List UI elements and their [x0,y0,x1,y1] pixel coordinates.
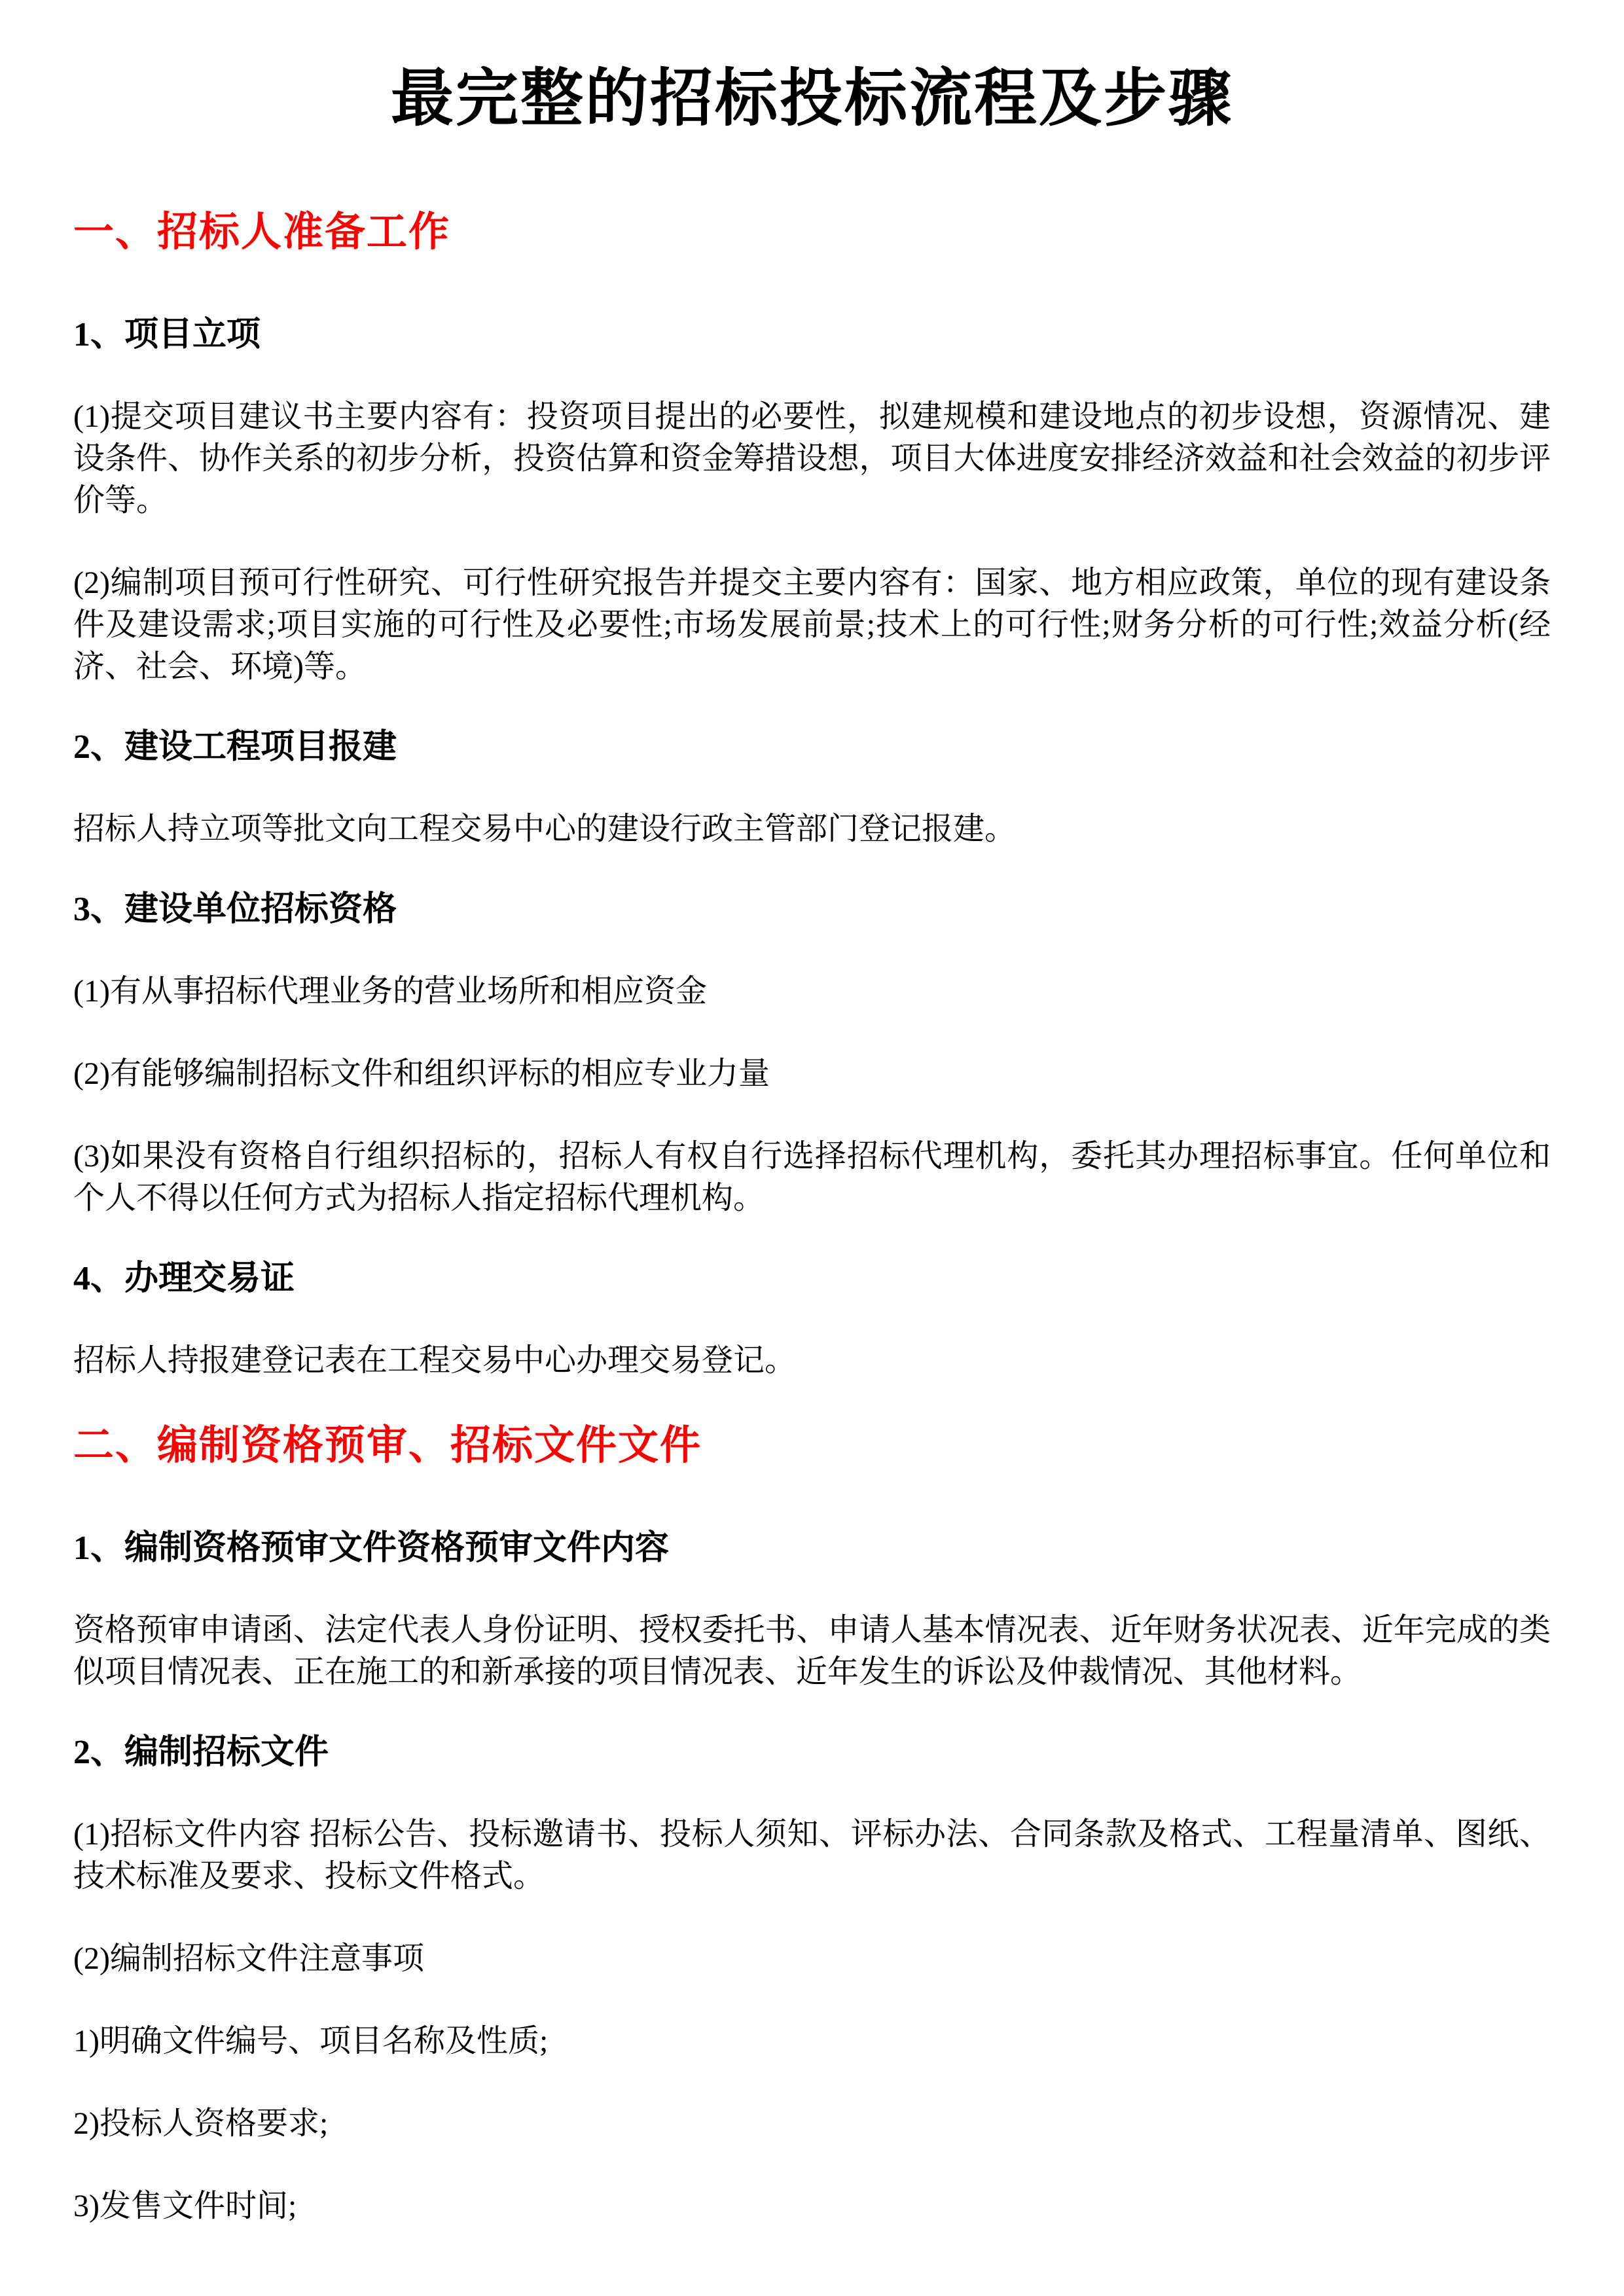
subsection-heading-1-4: 4、办理交易证 [73,1260,1551,1298]
paragraph-note-3: 3)发售文件时间; [73,2185,1551,2227]
subsection-heading-1-3: 3、建设单位招标资格 [73,891,1551,929]
section-heading-1: 一、招标人准备工作 [73,209,1551,256]
paragraph-note-2: 2)投标人资格要求; [73,2103,1551,2145]
paragraph-feasibility-study: (2)编制项目预可行性研究、可行性研究报告并提交主要内容有：国家、地方相应政策，… [73,562,1551,688]
paragraph-tender-doc-notes: (2)编制招标文件注意事项 [73,1938,1551,1980]
paragraph-trade-registration: 招标人持报建登记表在工程交易中心办理交易登记。 [73,1340,1551,1382]
paragraph-qualification-3: (3)如果没有资格自行组织招标的，招标人有权自行选择招标代理机构，委托其办理招标… [73,1136,1551,1219]
paragraph-tender-doc-content: (1)招标文件内容 招标公告、投标邀请书、投标人须知、评标办法、合同条款及格式、… [73,1814,1551,1897]
document-title: 最完整的招标投标流程及步骤 [73,62,1551,135]
paragraph-project-registration: 招标人持立项等批文向工程交易中心的建设行政主管部门登记报建。 [73,808,1551,850]
paragraph-qualification-2: (2)有能够编制招标文件和组织评标的相应专业力量 [73,1053,1551,1095]
subsection-heading-2-2: 2、编制招标文件 [73,1734,1551,1772]
section-heading-2: 二、编制资格预审、招标文件文件 [73,1422,1551,1469]
paragraph-qualification-1: (1)有从事招标代理业务的营业场所和相应资金 [73,971,1551,1013]
document-page: 最完整的招标投标流程及步骤 一、招标人准备工作 1、项目立项 (1)提交项目建议… [0,0,1624,2296]
paragraph-note-1: 1)明确文件编号、项目名称及性质; [73,2020,1551,2062]
paragraph-project-proposal: (1)提交项目建议书主要内容有：投资项目提出的必要性，拟建规模和建设地点的初步设… [73,396,1551,522]
subsection-heading-1-2: 2、建设工程项目报建 [73,728,1551,766]
subsection-heading-1-1: 1、项目立项 [73,316,1551,354]
paragraph-prequalification-content: 资格预审申请函、法定代表人身份证明、授权委托书、申请人基本情况表、近年财务状况表… [73,1609,1551,1693]
subsection-heading-2-1: 1、编制资格预审文件资格预审文件内容 [73,1530,1551,1568]
